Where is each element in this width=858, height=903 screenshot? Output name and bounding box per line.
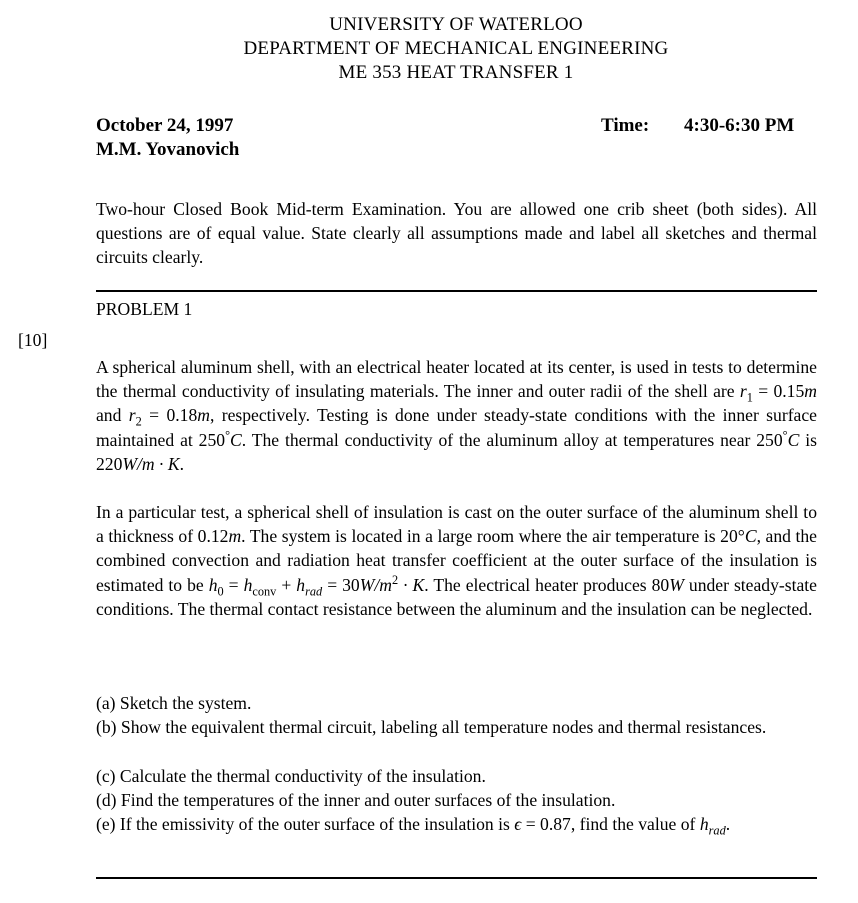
divider-top — [96, 290, 817, 292]
text: . The system is located in a large room … — [241, 526, 745, 546]
unit: m — [228, 526, 241, 546]
unit: W — [669, 575, 684, 595]
text: . The electrical heater produces 80 — [424, 575, 669, 595]
operator: + — [276, 575, 296, 595]
unit: m — [804, 381, 817, 401]
question-c: (c) Calculate the thermal conductivity o… — [96, 764, 817, 788]
unit: W/m · K — [122, 454, 179, 474]
problem-marks: [10] — [18, 330, 47, 351]
question-b: (b) Show the equivalent thermal circuit,… — [96, 715, 817, 739]
text: . — [180, 454, 184, 474]
divider-bottom — [96, 877, 817, 879]
exam-date: October 24, 1997 — [96, 115, 233, 137]
university-name: UNIVERSITY OF WATERLOO — [0, 14, 858, 36]
text: . — [726, 814, 730, 834]
text: . The thermal conductivity of the alumin… — [242, 430, 783, 450]
problem-paragraph-2: In a particular test, a spherical shell … — [96, 500, 817, 621]
question-e: (e) If the emissivity of the outer surfa… — [96, 812, 817, 836]
time-label: Time: — [601, 115, 649, 137]
math-subscript: conv — [252, 584, 276, 598]
operator: = — [224, 575, 244, 595]
unit: C — [745, 526, 757, 546]
question-d: (d) Find the temperatures of the inner a… — [96, 788, 817, 812]
course-title: ME 353 HEAT TRANSFER 1 — [0, 62, 858, 84]
unit: W/m — [360, 575, 392, 595]
math-subscript: rad — [305, 584, 322, 598]
instructor-name: M.M. Yovanovich — [96, 139, 239, 161]
text: (e) If the emissivity of the outer surfa… — [96, 814, 514, 834]
problem-title: PROBLEM 1 — [96, 297, 817, 321]
time-value: 4:30-6:30 PM — [684, 115, 794, 137]
value: = 0.18 — [142, 405, 197, 425]
unit: C — [788, 430, 800, 450]
math-symbol: r — [129, 405, 136, 425]
math-symbol: h — [296, 575, 305, 595]
unit: m — [197, 405, 210, 425]
question-a: (a) Sketch the system. — [96, 691, 817, 715]
math-symbol: h — [209, 575, 218, 595]
unit: · K — [398, 575, 424, 595]
value: = 0.15 — [753, 381, 804, 401]
text: = 0.87, find the value of — [521, 814, 700, 834]
unit: C — [230, 430, 242, 450]
department-name: DEPARTMENT OF MECHANICAL ENGINEERING — [0, 38, 858, 60]
math-subscript: rad — [709, 824, 726, 838]
exam-instructions: Two-hour Closed Book Mid-term Examinatio… — [96, 197, 817, 270]
text: A spherical aluminum shell, with an elec… — [96, 357, 817, 401]
math-symbol: r — [740, 381, 747, 401]
value: = 30 — [322, 575, 360, 595]
math-symbol: h — [700, 814, 709, 834]
problem-paragraph-1: A spherical aluminum shell, with an elec… — [96, 355, 817, 476]
text: and — [96, 405, 129, 425]
